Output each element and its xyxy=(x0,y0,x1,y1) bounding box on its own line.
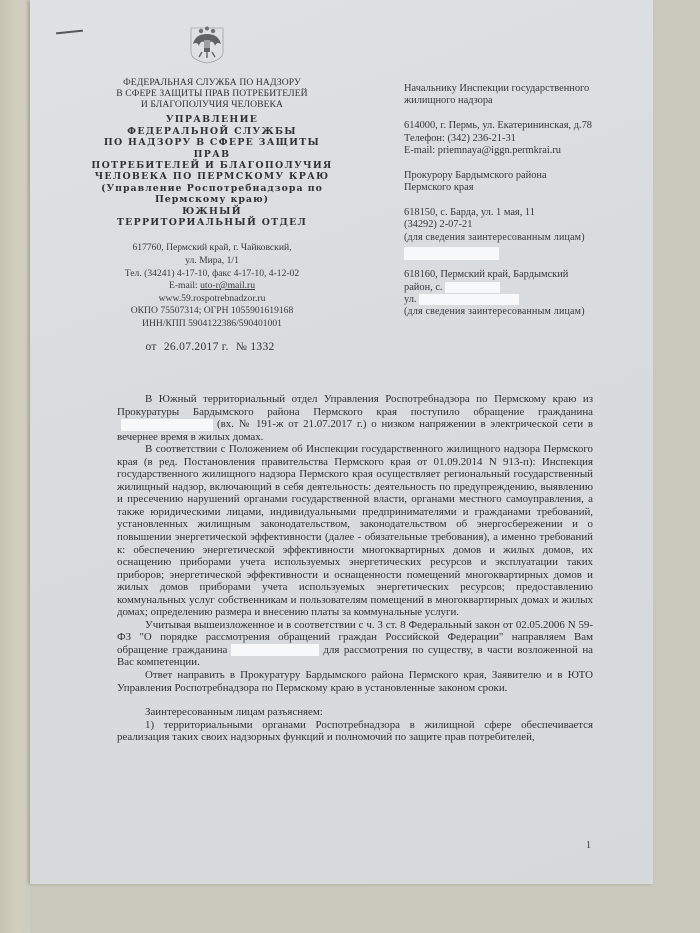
sender-inn-kpp: ИНН/КПП 5904122386/590401001 xyxy=(84,318,340,331)
sender-email-link[interactable]: uto-r@mail.ru xyxy=(200,280,255,291)
paragraph-response-instruction: Ответ направить в Прокуратуру Бардымског… xyxy=(117,669,593,694)
paragraph-forwarding: Учитывая вышеизложенное и в соответствии… xyxy=(117,619,593,669)
agency-name: ФЕДЕРАЛЬНАЯ СЛУЖБА ПО НАДЗОРУ В СФЕРЕ ЗА… xyxy=(84,78,340,110)
paragraph-clarification-heading: Заинтересованным лицам разъясняем: xyxy=(117,706,593,719)
paragraph-inspection-regulation: В соответствии с Положением об Инспекции… xyxy=(117,443,593,619)
recipient-housing-inspection-contacts: 614000, г. Пермь, ул. Екатерининская, д.… xyxy=(404,120,634,157)
russian-coat-of-arms-icon xyxy=(187,22,227,64)
sender-phones: Тел. (34241) 4-17-10, факс 4-17-10, 4-12… xyxy=(84,268,340,281)
sender-contacts: 617760, Пермский край, г. Чайковский, ул… xyxy=(84,242,340,330)
redacted-citizen-name-2 xyxy=(231,644,319,656)
document-date-number: от 26.07.2017 г. № 1332 xyxy=(84,341,340,353)
paragraph-clarification-1: 1) территориальными органами Роспотребна… xyxy=(117,719,593,744)
sender-email: E-mail: uto-r@mail.ru xyxy=(84,280,340,293)
recipient-prosecutor-contacts: 618150, с. Барда, ул. 1 мая, 11 (34292) … xyxy=(404,207,634,244)
redacted-applicant-name xyxy=(404,247,499,260)
page-number: 1 xyxy=(586,840,591,851)
sender-website: www.59.rospotrebnadzor.ru xyxy=(84,293,340,306)
sender-address-line2: ул. Мира, 1/1 xyxy=(84,255,340,268)
recipient-applicant: 618160, Пермский край, Бардымский район,… xyxy=(404,269,634,319)
paragraph-appeal-received: В Южный территориальный отдел Управления… xyxy=(117,393,593,443)
sender-address-line1: 617760, Пермский край, г. Чайковский, xyxy=(84,242,340,255)
letterhead: ФЕДЕРАЛЬНАЯ СЛУЖБА ПО НАДЗОРУ В СФЕРЕ ЗА… xyxy=(84,78,340,353)
department-name: УПРАВЛЕНИЕ ФЕДЕРАЛЬНОЙ СЛУЖБЫ ПО НАДЗОРУ… xyxy=(84,114,340,228)
redacted-street xyxy=(419,294,519,305)
desk-background xyxy=(0,0,30,933)
sender-okpo-ogrn: ОКПО 75507314; ОГРН 1055901619168 xyxy=(84,305,340,318)
document-number: № 1332 xyxy=(236,341,275,353)
recipient-prosecutor: Прокурору Бардымского района Пермского к… xyxy=(404,170,634,195)
letter-body: В Южный территориальный отдел Управления… xyxy=(117,393,593,744)
document-date: 26.07.2017 г. xyxy=(164,341,229,353)
redacted-citizen-name xyxy=(121,419,213,431)
redacted-village xyxy=(445,282,500,293)
recipients-block: Начальнику Инспекции государственного жи… xyxy=(404,83,634,319)
recipient-housing-inspection: Начальнику Инспекции государственного жи… xyxy=(404,83,634,108)
